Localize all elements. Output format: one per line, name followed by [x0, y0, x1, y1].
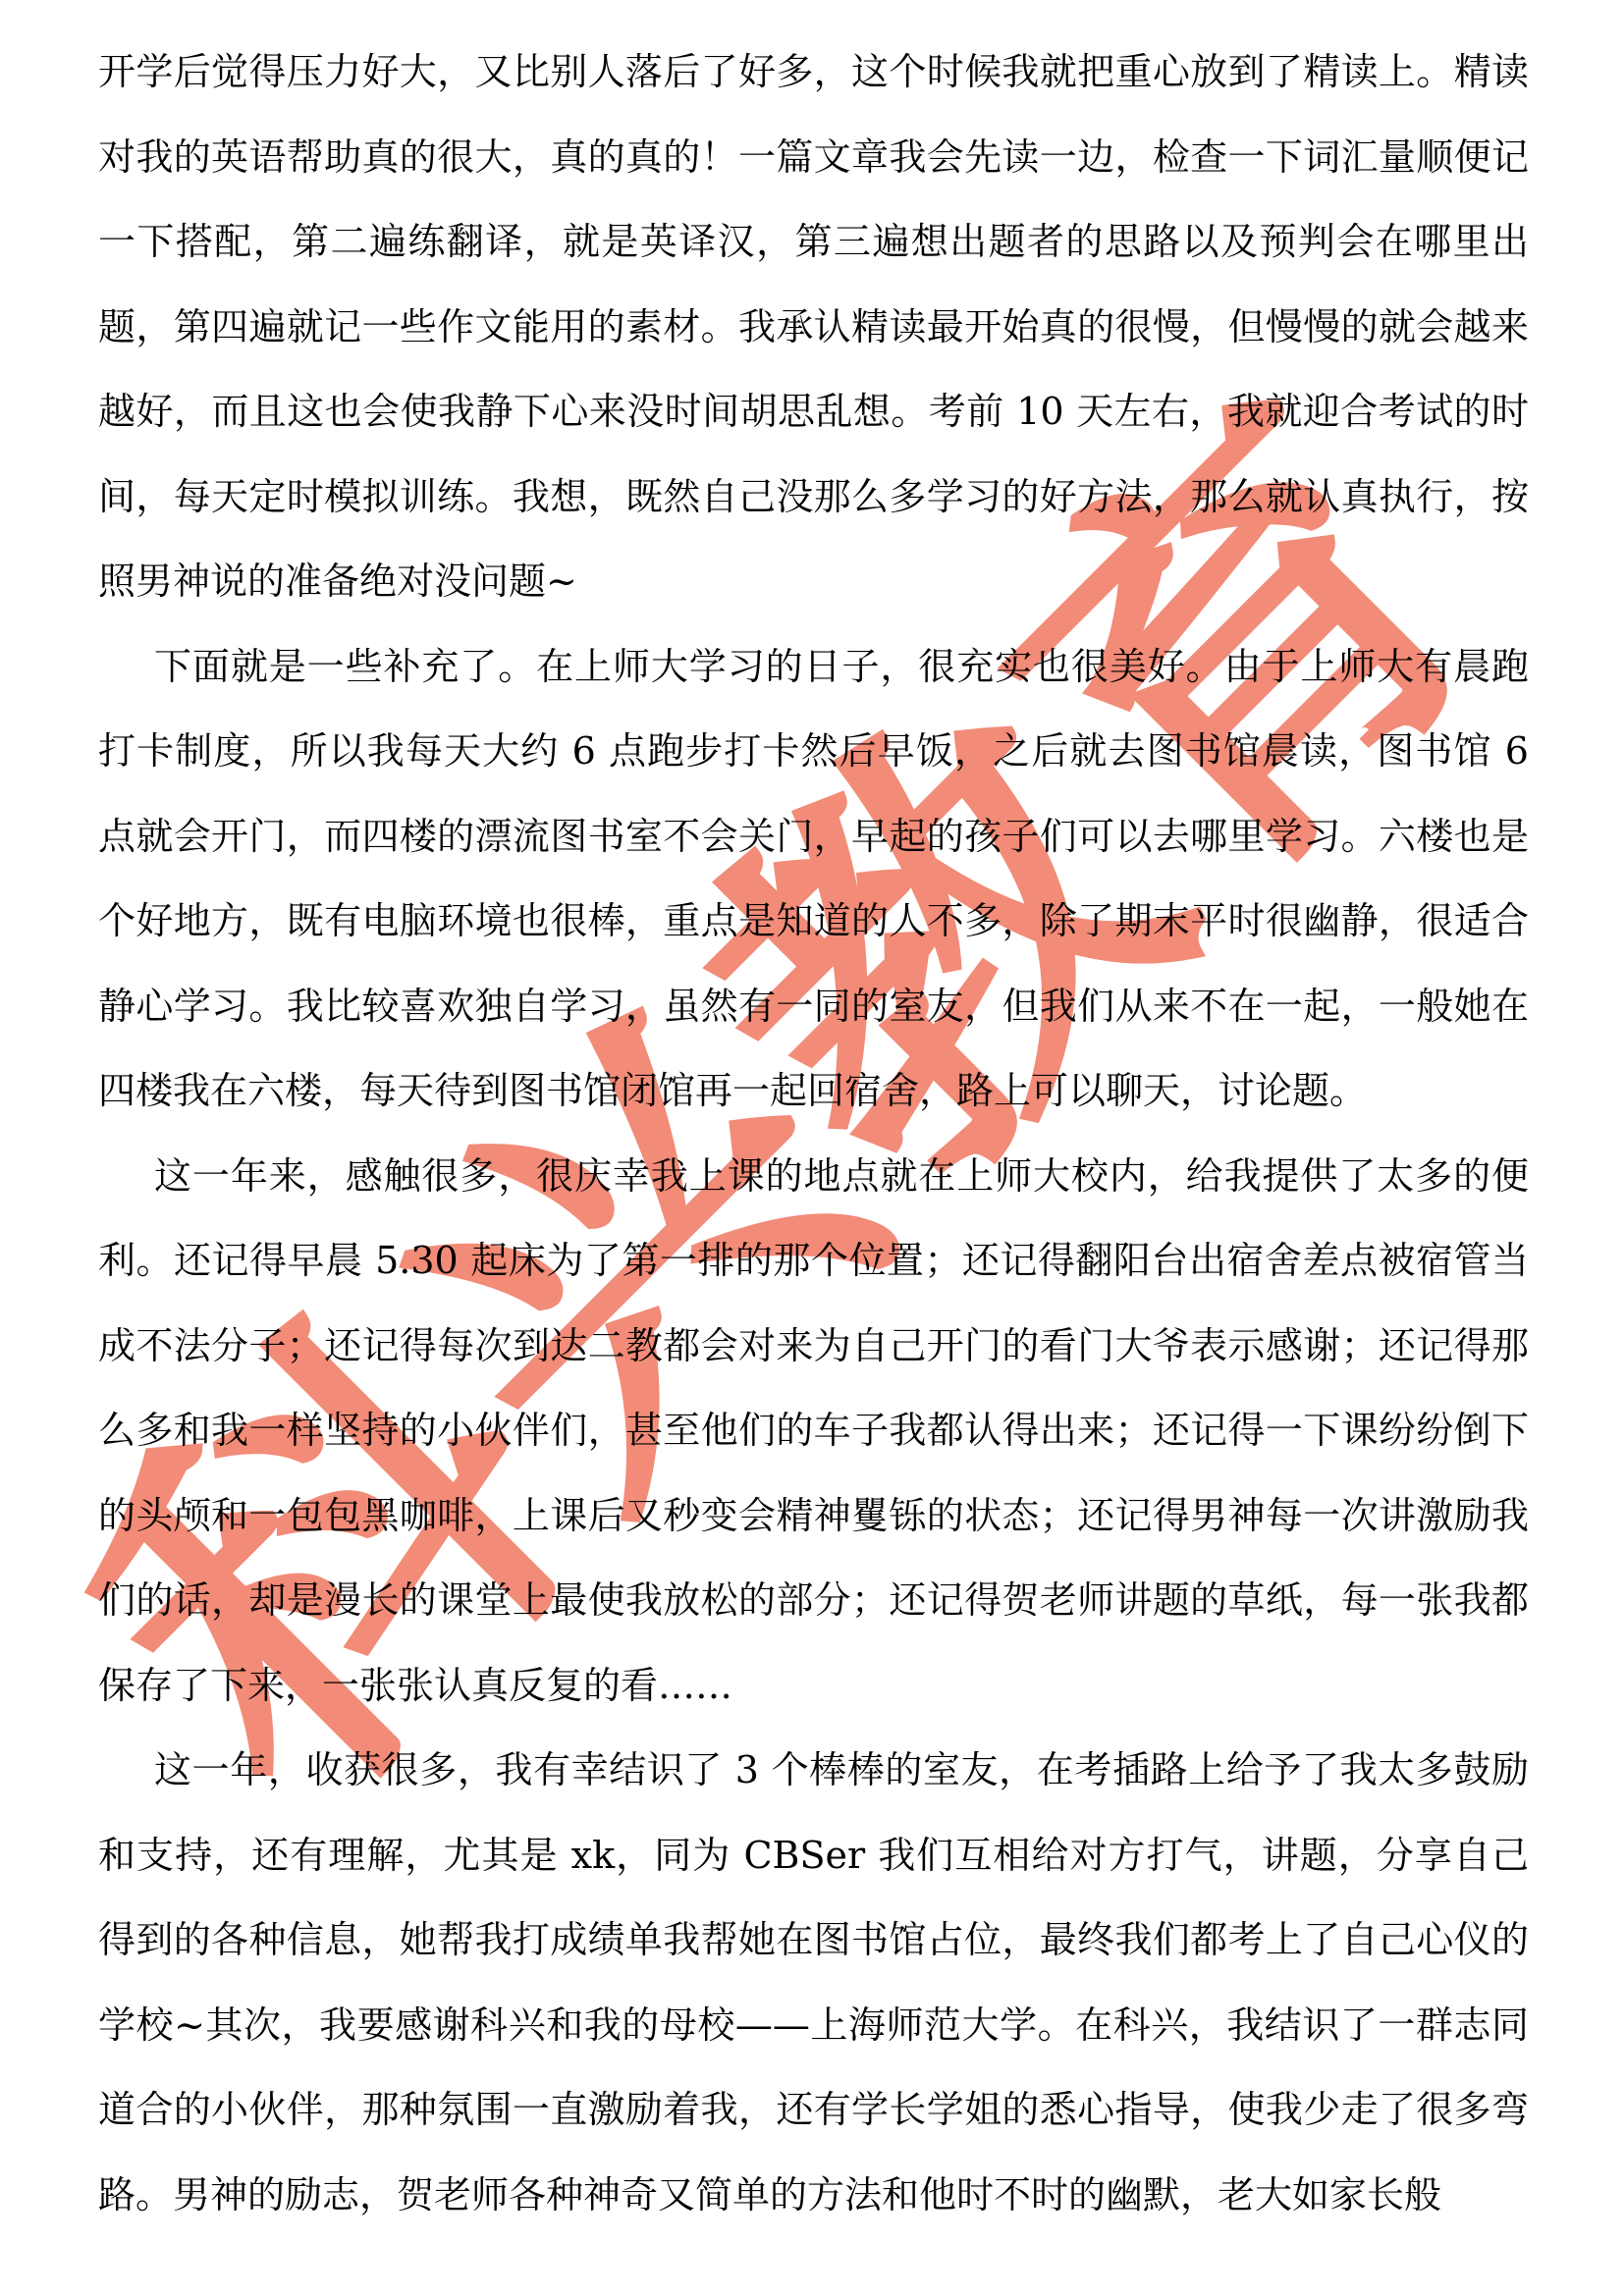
document-page: 科兴教育 开学后觉得压力好大，又比别人落后了好多，这个时候我就把重心放到了精读上…: [0, 0, 1624, 2296]
paragraph-campus-life: 下面就是一些补充了。在上师大学习的日子，很充实也很美好。由于上师大有晨跑打卡制度…: [98, 624, 1529, 1134]
document-content: 开学后觉得压力好大，又比别人落后了好多，这个时候我就把重心放到了精读上。精读对我…: [98, 29, 1529, 2237]
paragraph-gratitude: 这一年，收获很多，我有幸结识了 3 个棒棒的室友，在考插路上给予了我太多鼓励和支…: [98, 1728, 1529, 2237]
paragraph-memories: 这一年来，感触很多，很庆幸我上课的地点就在上师大校内，给我提供了太多的便利。还记…: [98, 1134, 1529, 1729]
paragraph-study-pressure: 开学后觉得压力好大，又比别人落后了好多，这个时候我就把重心放到了精读上。精读对我…: [98, 29, 1529, 624]
